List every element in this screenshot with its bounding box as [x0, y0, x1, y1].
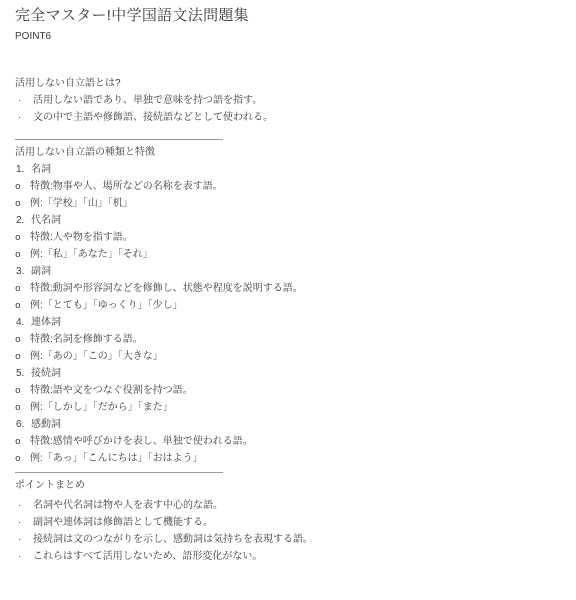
- summary-heading: ポイントまとめ: [15, 477, 563, 494]
- term-text: 連体詞: [31, 314, 61, 331]
- sub-item: o 例:「学校」「山」「机」: [15, 195, 563, 212]
- sub-item: o 特徴:名詞を修飾する語。: [15, 331, 563, 348]
- sub-item: o 特徴:物事や人、場所などの名称を表す語。: [15, 178, 563, 195]
- example-text: 例:「あっ」「こんにちは」「おはよう」: [30, 450, 203, 467]
- document-content: 完全マスター!中学国語文法問題集 POINT6 活用しない自立語とは? · 活用…: [15, 0, 563, 600]
- point-label: POINT6: [15, 30, 51, 43]
- numbered-item: 6. 感動詞: [15, 416, 563, 433]
- bullet-dot-icon: ·: [15, 514, 33, 531]
- circle-bullet-icon: o: [15, 178, 30, 195]
- bullet-item: · 接続詞は文のつながりを示し、感動詞は気持ちを表現する語。: [15, 531, 563, 548]
- feature-text: 特徴:感情や呼びかけを表し、単独で使われる語。: [30, 433, 253, 450]
- item-text: 接続詞は文のつながりを示し、感動詞は気持ちを表現する語。: [33, 531, 313, 548]
- bullet-item: · これらはすべて活用しないため、語形変化がない。: [15, 548, 563, 565]
- term-text: 感動詞: [31, 416, 61, 433]
- term-text: 名詞: [31, 161, 51, 178]
- bullet-item: · 名詞や代名詞は物や人を表す中心的な語。: [15, 497, 563, 514]
- example-text: 例:「私」「あなた」「それ」: [30, 246, 153, 263]
- circle-bullet-icon: o: [15, 246, 30, 263]
- circle-bullet-icon: o: [15, 229, 30, 246]
- example-text: 例:「しかし」「だから」「また」: [30, 399, 173, 416]
- feature-text: 特徴:動詞や形容詞などを修飾し、状態や程度を説明する語。: [30, 280, 303, 297]
- item-number: 5.: [15, 365, 31, 382]
- term-text: 副詞: [31, 263, 51, 280]
- document-page: 完全マスター!中学国語文法問題集 POINT6 活用しない自立語とは? · 活用…: [0, 0, 576, 600]
- types-heading: 活用しない自立語の種類と特徴: [15, 144, 563, 161]
- sub-item: o 例:「しかし」「だから」「また」: [15, 399, 563, 416]
- sub-item: o 例:「あっ」「こんにちは」「おはよう」: [15, 450, 563, 467]
- circle-bullet-icon: o: [15, 195, 30, 212]
- numbered-item: 2. 代名詞: [15, 212, 563, 229]
- circle-bullet-icon: o: [15, 348, 30, 365]
- bullet-dot-icon: ·: [15, 92, 33, 109]
- feature-text: 特徴:人や物を指す語。: [30, 229, 133, 246]
- item-text: 文の中で主語や修飾語、接続語などとして使われる。: [33, 109, 273, 126]
- example-text: 例:「あの」「この」「大きな」: [30, 348, 163, 365]
- bullet-item: · 文の中で主語や修飾語、接続語などとして使われる。: [15, 109, 563, 126]
- item-number: 2.: [15, 212, 31, 229]
- item-text: 活用しない語であり、単独で意味を持つ語を指す。: [33, 92, 262, 109]
- example-text: 例:「学校」「山」「机」: [30, 195, 133, 212]
- circle-bullet-icon: o: [15, 297, 30, 314]
- circle-bullet-icon: o: [15, 399, 30, 416]
- bullet-dot-icon: ·: [15, 531, 33, 548]
- sub-item: o 特徴:語や文をつなぐ役割を持つ語。: [15, 382, 563, 399]
- circle-bullet-icon: o: [15, 382, 30, 399]
- item-text: 名詞や代名詞は物や人を表す中心的な語。: [33, 497, 223, 514]
- item-number: 3.: [15, 263, 31, 280]
- item-text: これらはすべて活用しないため、語形変化がない。: [33, 548, 262, 565]
- item-number: 1.: [15, 161, 31, 178]
- types-section: 活用しない自立語の種類と特徴 1. 名詞 o 特徴:物事や人、場所などの名称を表…: [15, 144, 563, 467]
- sub-item: o 特徴:動詞や形容詞などを修飾し、状態や程度を説明する語。: [15, 280, 563, 297]
- bullet-item: · 副詞や連体詞は修飾語として機能する。: [15, 514, 563, 531]
- term-text: 接続詞: [31, 365, 61, 382]
- feature-text: 特徴:語や文をつなぐ役割を持つ語。: [30, 382, 193, 399]
- numbered-item: 5. 接続詞: [15, 365, 563, 382]
- numbered-item: 4. 連体詞: [15, 314, 563, 331]
- item-number: 6.: [15, 416, 31, 433]
- item-text: 副詞や連体詞は修飾語として機能する。: [33, 514, 213, 531]
- intro-section: 活用しない自立語とは? · 活用しない語であり、単独で意味を持つ語を指す。 · …: [15, 75, 563, 126]
- example-text: 例:「とても」「ゆっくり」「少し」: [30, 297, 183, 314]
- item-number: 4.: [15, 314, 31, 331]
- sub-item: o 例:「私」「あなた」「それ」: [15, 246, 563, 263]
- summary-section: ポイントまとめ · 名詞や代名詞は物や人を表す中心的な語。 · 副詞や連体詞は修…: [15, 477, 563, 565]
- circle-bullet-icon: o: [15, 280, 30, 297]
- sub-item: o 例:「とても」「ゆっくり」「少し」: [15, 297, 563, 314]
- bullet-dot-icon: ·: [15, 548, 33, 565]
- bullet-dot-icon: ·: [15, 109, 33, 126]
- term-text: 代名詞: [31, 212, 61, 229]
- feature-text: 特徴:名詞を修飾する語。: [30, 331, 143, 348]
- intro-heading: 活用しない自立語とは?: [15, 75, 563, 92]
- sub-item: o 特徴:感情や呼びかけを表し、単独で使われる語。: [15, 433, 563, 450]
- bullet-item: · 活用しない語であり、単独で意味を持つ語を指す。: [15, 92, 563, 109]
- bullet-dot-icon: ·: [15, 497, 33, 514]
- section-divider: [15, 139, 223, 140]
- sub-item: o 特徴:人や物を指す語。: [15, 229, 563, 246]
- circle-bullet-icon: o: [15, 433, 30, 450]
- feature-text: 特徴:物事や人、場所などの名称を表す語。: [30, 178, 223, 195]
- numbered-item: 1. 名詞: [15, 161, 563, 178]
- circle-bullet-icon: o: [15, 331, 30, 348]
- numbered-item: 3. 副詞: [15, 263, 563, 280]
- circle-bullet-icon: o: [15, 450, 30, 467]
- document-title: 完全マスター!中学国語文法問題集: [15, 6, 249, 26]
- sub-item: o 例:「あの」「この」「大きな」: [15, 348, 563, 365]
- section-divider: [15, 472, 223, 473]
